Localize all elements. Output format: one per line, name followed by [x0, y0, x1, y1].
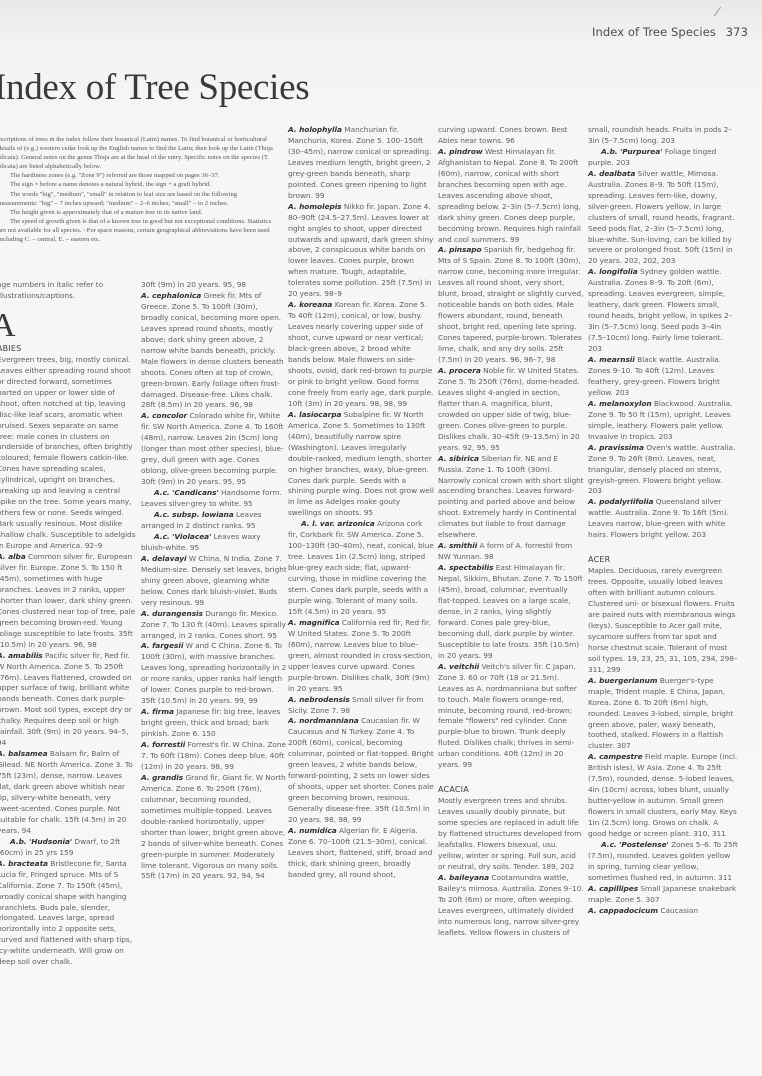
species-name: A. koreana: [288, 300, 332, 309]
index-entry: A. l. var. arizonica Arizona cork fir, C…: [288, 519, 434, 618]
species-name: A.c. subsp. lowiana: [154, 510, 234, 519]
genus-heading: ACACIA: [438, 785, 584, 796]
index-entry: A. pravissima Oven's wattle. Australia. …: [588, 443, 738, 498]
index-entry: A. cappadocicum Caucasian: [588, 906, 738, 917]
index-column-5: small, roundish heads. Fruits in pods 2–…: [588, 125, 738, 917]
index-entry: A. durangensis Durango fir. Mexico. Zone…: [141, 609, 287, 642]
index-entry: curving upward. Cones brown. Best Abies …: [438, 125, 584, 147]
species-name: A. holophylla: [288, 125, 342, 134]
index-entry: A. amabilis Pacific silver fir, Red fir.…: [0, 651, 137, 750]
species-description: Colorado white fir, White fir. SW North …: [141, 411, 284, 486]
species-name: A. baileyana: [438, 873, 489, 882]
index-entry: A. forrestii Forrest's fir. W China. Zon…: [141, 740, 287, 773]
index-entry: A. concolor Colorado white fir, White fi…: [141, 411, 287, 488]
italic-note: age numbers in italic refer to illustrat…: [0, 280, 137, 302]
species-name: A. forrestii: [141, 740, 185, 749]
index-entry: A. grandis Grand fir, Giant fir. W North…: [141, 773, 287, 883]
species-name: A.b. 'Purpurea': [601, 147, 662, 156]
index-entry: A. sibirica Siberian fir. NE and E Russi…: [438, 454, 584, 542]
species-description: 30ft (9m) in 20 years. 95, 98: [141, 280, 246, 289]
index-entry: A.c. 'Postelense' Zones 5–6. To 25ft (7.…: [588, 840, 738, 884]
index-entry: A. holophylla Manchurian fir. Manchuria,…: [288, 125, 434, 202]
index-entry: A. cephalonica Greek fir. Mts of Greece.…: [141, 291, 287, 411]
index-entry: small, roundish heads. Fruits in pods 2–…: [588, 125, 738, 147]
index-entry: A. magnifica California red fir, Red fir…: [288, 618, 434, 695]
section-letter: A: [0, 310, 137, 342]
index-entry: A. procera Noble fir. W United States. Z…: [438, 366, 584, 454]
species-description: Grand fir, Giant fir. W North America. Z…: [141, 773, 286, 881]
species-name: A. firma: [141, 707, 174, 716]
species-name: A. pinsapo: [438, 245, 482, 254]
species-description: Caucasian fir. W Caucasus and N Turkey. …: [288, 716, 434, 824]
species-name: A. durangensis: [141, 609, 203, 618]
genus-description: Maples. Deciduous, rarely evergreen tree…: [588, 566, 738, 676]
species-name: A. melanoxylon: [588, 399, 652, 408]
species-name: A. mearnsii: [588, 355, 635, 364]
species-description: California red fir, Red fir. W United St…: [288, 618, 432, 693]
species-name: A. nebrodensis: [288, 695, 350, 704]
species-name: A.c. 'Violacea': [154, 532, 211, 541]
index-entry: A. pindrow West Himalayan fir. Afghanist…: [438, 147, 584, 246]
book-page: Index of Tree Species 373 Index of Tree …: [0, 0, 762, 1076]
entry-list: small, roundish heads. Fruits in pods 2–…: [588, 125, 738, 541]
species-name: A. veitchii: [438, 662, 479, 671]
index-column-1: age numbers in italic refer to illustrat…: [0, 280, 137, 968]
species-description: Manchurian fir. Manchuria, Korea. Zone 5…: [288, 125, 431, 200]
index-entry: A. fargesii W and C China. Zone 6. To 10…: [141, 641, 287, 707]
species-description: Bristlecone fir, Santa Lucia fir, Fringe…: [0, 859, 132, 967]
index-entry: A. capillipes Small Japanese snakebark m…: [588, 884, 738, 906]
species-name: A. procera: [438, 366, 481, 375]
species-name: A. fargesii: [141, 641, 183, 650]
index-entry: A. spectabilis East Himalayan fir. Nepal…: [438, 563, 584, 662]
species-description: West Himalayan fir. Afghanistan to Nepal…: [438, 147, 581, 244]
intro-paragraph: The height given is approximately that o…: [0, 208, 278, 217]
genus-heading: ACER: [588, 555, 738, 566]
index-entry: A. lasiocarpa Subalpine fir. W North Ame…: [288, 410, 434, 520]
index-entry: A. alba Common silver fir, European silv…: [0, 552, 137, 651]
species-description: curving upward. Cones brown. Best Abies …: [438, 125, 568, 145]
index-entry: A. pinsapo Spanish fir, hedgehog fir. Mt…: [438, 245, 584, 365]
index-entry: A. numidica Algerian fir. E Algeria. Zon…: [288, 826, 434, 881]
intro-text: escriptions of trees in the index follow…: [0, 135, 278, 244]
species-name: A. magnifica: [288, 618, 340, 627]
species-description: small, roundish heads. Fruits in pods 2–…: [588, 125, 732, 145]
species-description: Siberian fir. NE and E Russia. Zone 1. T…: [438, 454, 584, 540]
index-entry: A. nordmanniana Caucasian fir. W Caucasu…: [288, 716, 434, 826]
index-entry: A. nebrodensis Small silver fir from Sic…: [288, 695, 434, 717]
page-mark: [714, 7, 721, 17]
intro-paragraph: The speed of growth given is that of a k…: [0, 217, 278, 244]
index-entry: A. homolepis Nikko fir. Japan. Zone 4. 8…: [288, 202, 434, 301]
species-description: W and C China. Zone 6. To 100ft (30m), w…: [141, 641, 286, 705]
species-description: Spanish fir, hedgehog fir. Mts of S Spai…: [438, 245, 583, 364]
species-description: Korean fir. Korea. Zone 5. To 40ft (12m)…: [288, 300, 433, 408]
index-entry: A. delavayi W China, N India. Zone 7. Me…: [141, 554, 287, 609]
species-name: A. bracteata: [0, 859, 48, 868]
species-name: A. podalyriifolia: [588, 497, 653, 506]
index-entry: A. veitchii Veitch's silver fir. C Japan…: [438, 662, 584, 772]
index-entry: A. podalyriifolia Queensland silver watt…: [588, 497, 738, 541]
species-name: A. pindrow: [438, 147, 483, 156]
genus-heading: ABIES: [0, 344, 137, 355]
intro-paragraph: The hardiness zones (e.g. "Zone 9") refe…: [0, 171, 278, 180]
species-description: Noble fir. W United States. Zone 5. To 2…: [438, 366, 580, 452]
species-description: Balsam fir, Balm of Gilead. NE North Ame…: [0, 749, 133, 835]
species-description: Subalpine fir. W North America. Zone 5. …: [288, 410, 434, 518]
species-name: A. smithii: [438, 541, 477, 550]
entry-list: 30ft (9m) in 20 years. 95, 98A. cephalon…: [141, 280, 287, 882]
running-title: Index of Tree Species: [592, 25, 716, 39]
page-title: Index of Tree Species: [0, 66, 309, 109]
species-description: Pacific silver fir, Red fir. W North Ame…: [0, 651, 132, 748]
species-name: A. amabilis: [0, 651, 43, 660]
index-entry: A. smithii A form of A. forrestii from N…: [438, 541, 584, 563]
intro-paragraph: The words "big", "medium", "small" in re…: [0, 190, 278, 208]
species-name: A. buergerianum: [588, 676, 657, 685]
species-name: A.c. 'Candicans': [154, 488, 219, 497]
species-name: A. campestre: [588, 752, 643, 761]
species-name: A. dealbata: [588, 169, 635, 178]
entry-list: A. holophylla Manchurian fir. Manchuria,…: [288, 125, 434, 881]
species-description: Caucasian: [660, 906, 698, 915]
index-entry: A. buergerianum Buerger's-type maple, Tr…: [588, 676, 738, 753]
species-description: East Himalayan fir. Nepal, Sikkim, Bhuta…: [438, 563, 583, 660]
entry-list: A. baileyana Cootamundra wattle, Bailey'…: [438, 873, 584, 939]
intro-paragraph: The sign × before a name denotes a natur…: [0, 180, 278, 189]
index-entry: A. melanoxylon Blackwood. Australia. Zon…: [588, 399, 738, 443]
index-entry: A. firma Japanese fir: big tree, leaves …: [141, 707, 287, 740]
species-name: A. capillipes: [588, 884, 638, 893]
index-entry: 30ft (9m) in 20 years. 95, 98: [141, 280, 287, 291]
species-description: Silver wattle, Mimosa. Australia. Zones …: [588, 169, 734, 266]
index-entry: A. koreana Korean fir. Korea. Zone 5. To…: [288, 300, 434, 410]
index-entry: A. longifolia Sydney golden wattle. Aust…: [588, 267, 738, 355]
species-name: A. lasiocarpa: [288, 410, 341, 419]
index-entry: A.b. 'Hudsonia' Dwarf, to 2ft (60cm) in …: [0, 837, 137, 859]
species-description: Sydney golden wattle. Australia. Zones 8…: [588, 267, 732, 353]
index-entry: A. mearnsii Black wattle. Australia. Zon…: [588, 355, 738, 399]
page-number: 373: [726, 25, 748, 39]
species-description: Veitch's silver fir. C Japan. Zone 3. 60…: [438, 662, 577, 770]
species-description: Nikko fir. Japan. Zone 4. 80–90ft (24.5–…: [288, 202, 433, 299]
species-name: A. grandis: [141, 773, 183, 782]
species-name: A. homolepis: [288, 202, 342, 211]
species-name: A. alba: [0, 552, 26, 561]
index-entry: A.c. 'Candicans' Handsome form. Leaves s…: [141, 488, 287, 510]
species-name: A. sibirica: [438, 454, 479, 463]
species-name: A.b. 'Hudsonia': [10, 837, 72, 846]
species-description: Buerger's-type maple, Trident maple. E C…: [588, 676, 733, 751]
index-entry: A. baileyana Cootamundra wattle, Bailey'…: [438, 873, 584, 939]
species-name: A.c. 'Postelense': [601, 840, 669, 849]
index-column-4: curving upward. Cones brown. Best Abies …: [438, 125, 584, 939]
species-name: A. cappadocicum: [588, 906, 658, 915]
species-description: Common silver fir, European silver fir. …: [0, 552, 135, 649]
species-description: Cootamundra wattle, Bailey's mimosa. Aus…: [438, 873, 584, 937]
species-name: A. pravissima: [588, 443, 644, 452]
species-name: A. delavayi: [141, 554, 186, 563]
index-column-3: A. holophylla Manchurian fir. Manchuria,…: [288, 125, 434, 881]
index-entry: A. dealbata Silver wattle, Mimosa. Austr…: [588, 169, 738, 268]
index-entry: A. balsamea Balsam fir, Balm of Gilead. …: [0, 749, 137, 837]
genus-description: Evergreen trees, big, mostly conical. Le…: [0, 355, 137, 552]
entry-list: curving upward. Cones brown. Best Abies …: [438, 125, 584, 771]
index-entry: A. campestre Field maple. Europe (incl. …: [588, 752, 738, 840]
genus-description: Mostly evergreen trees and shrubs. Leave…: [438, 796, 584, 873]
species-name: A. l. var. arizonica: [301, 519, 375, 528]
species-name: A. concolor: [141, 411, 187, 420]
species-description: Field maple. Europe (incl. British isles…: [588, 752, 737, 838]
species-name: A. spectabilis: [438, 563, 493, 572]
entry-list: A. alba Common silver fir, European silv…: [0, 552, 137, 968]
intro-paragraph: escriptions of trees in the index follow…: [0, 135, 278, 171]
species-description: Greek fir. Mts of Greece. Zone 5. To 100…: [141, 291, 284, 410]
species-description: Arizona cork fir, Corkbark fir. SW Ameri…: [288, 519, 434, 616]
species-name: A. longifolia: [588, 267, 638, 276]
species-name: A. cephalonica: [141, 291, 201, 300]
index-entry: A. bracteata Bristlecone fir, Santa Luci…: [0, 859, 137, 969]
species-name: A. numidica: [288, 826, 337, 835]
index-column-2: 30ft (9m) in 20 years. 95, 98A. cephalon…: [141, 280, 287, 882]
index-entry: A.c. subsp. lowiana Leaves arranged in 2…: [141, 510, 287, 532]
species-name: A. balsamea: [0, 749, 48, 758]
entry-list: A. buergerianum Buerger's-type maple, Tr…: [588, 676, 738, 917]
index-entry: A.b. 'Purpurea' Foliage tinged purple. 2…: [588, 147, 738, 169]
species-name: A. nordmanniana: [288, 716, 359, 725]
running-header: Index of Tree Species 373: [592, 25, 748, 39]
index-entry: A.c. 'Violacea' Leaves waxy bluish-white…: [141, 532, 287, 554]
